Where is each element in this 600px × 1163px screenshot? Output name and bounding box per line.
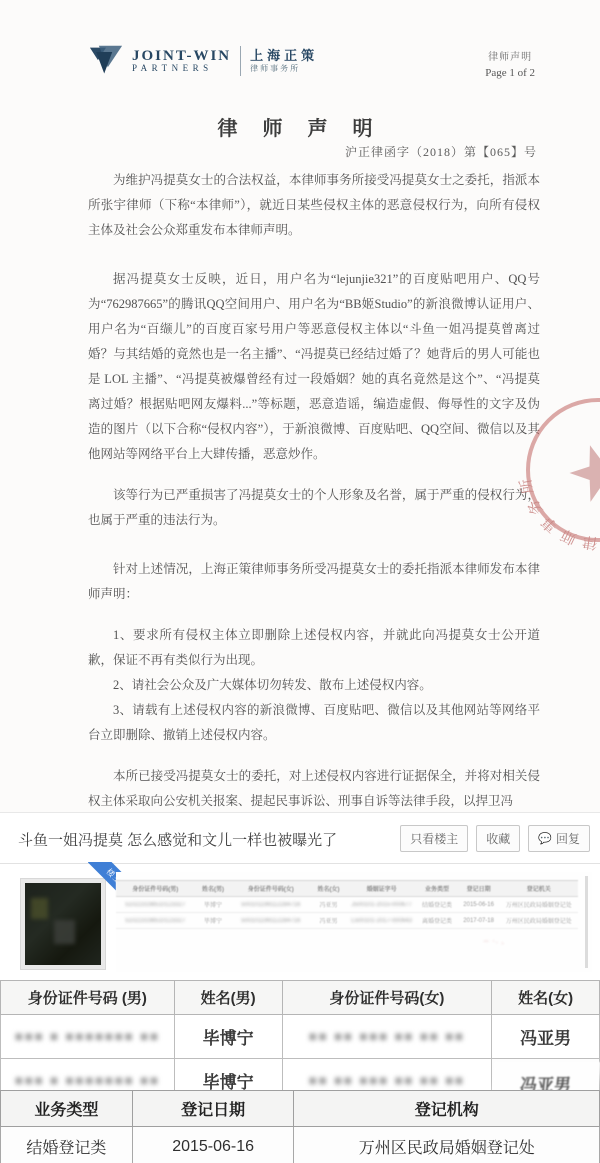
mini-col-type: 业务类型 bbox=[416, 881, 458, 897]
mini-record-row: 510223198510123327 毕博宁 50010119911228471… bbox=[116, 897, 578, 913]
forum-post-header: 斗鱼一姐冯提莫 怎么感觉和文儿一样也被曝光了 只看楼主 收藏 💬 回复 bbox=[0, 812, 600, 864]
svg-text:上海正策律师事务所: 上海正策律师事务所 bbox=[518, 448, 600, 553]
mini-col-date: 登记日期 bbox=[458, 881, 500, 897]
statement-item-2: 2、请社会公众及广大媒体切勿转发、散布上述侵权内容。 bbox=[88, 673, 540, 698]
paragraph-1: 为维护冯提莫女士的合法权益，本律师事务所接受冯提莫女士之委托，指派本所张宇律师（… bbox=[88, 168, 540, 243]
official-red-seal: 上海正策律师事务所 bbox=[518, 388, 600, 553]
blurred-id-male: ■■■ ■ ■■■■■■■ ■■ bbox=[15, 1028, 160, 1044]
mini-col-cert-no: 婚姻证字号 bbox=[347, 881, 416, 897]
only-op-button[interactable]: 只看楼主 bbox=[400, 825, 468, 852]
joint-win-logo-icon bbox=[88, 44, 124, 78]
mini-col-id-male: 身份证件号码(男) bbox=[116, 881, 195, 897]
mini-col-id-female: 身份证件号码(女) bbox=[231, 881, 310, 897]
paragraph-2: 据冯提莫女士反映，近日，用户名为“lejunjie321”的百度贴吧用户、QQ号… bbox=[88, 267, 540, 467]
faint-watermark: ~ ·. ¸ bbox=[483, 927, 556, 962]
mini-scrollbar[interactable] bbox=[585, 876, 588, 968]
reg-org-value: 万州区民政局婚姻登记处 bbox=[294, 1127, 600, 1163]
firm-name-cn: 上海正策 律师事务所 bbox=[250, 48, 318, 74]
firm-logo: JOINT-WIN PARTNERS 上海正策 律师事务所 bbox=[88, 44, 318, 78]
favorite-button[interactable]: 收藏 bbox=[476, 825, 520, 852]
paragraph-5: 本所已接受冯提莫女士的委托，对上述侵权内容进行证据保全，并将对相关侵权主体采取向… bbox=[88, 764, 540, 814]
col-id-female: 身份证件号码(女) bbox=[282, 981, 492, 1015]
embedded-record-screenshot[interactable]: 身份证件号码(男) 姓名(男) 身份证件号码(女) 姓名(女) 婚姻证字号 业务… bbox=[116, 872, 592, 972]
col-id-male: 身份证件号码 (男) bbox=[1, 981, 175, 1015]
statement-item-3: 3、请载有上述侵权内容的新浪微博、百度贴吧、微信以及其他网站等网络平台立即删除、… bbox=[88, 698, 540, 748]
marriage-persons-table: 身份证件号码 (男) 姓名(男) 身份证件号码(女) 姓名(女) ■■■ ■ ■… bbox=[0, 980, 600, 1103]
reply-button[interactable]: 💬 回复 bbox=[528, 825, 590, 852]
favorite-label: 收藏 bbox=[486, 830, 510, 847]
table-row: ■■■ ■ ■■■■■■■ ■■ 毕博宁 ■■ ■■ ■■■ ■■ ■■ ■■ … bbox=[1, 1015, 600, 1059]
male-name: 毕博宁 bbox=[174, 1015, 282, 1059]
reg-date-value: 2015-06-16 bbox=[132, 1127, 294, 1163]
col-reg-date: 登记日期 bbox=[132, 1091, 294, 1127]
blurred-id-female: ■■ ■■ ■■■ ■■ ■■ ■■ bbox=[309, 1028, 465, 1044]
firm-name-en: JOINT-WIN PARTNERS bbox=[132, 48, 231, 74]
reply-bubble-icon: 💬 bbox=[538, 832, 552, 845]
blurred-id-male: ■■■ ■ ■■■■■■■ ■■ bbox=[15, 1072, 160, 1088]
mini-record-table: 身份证件号码(男) 姓名(男) 身份证件号码(女) 姓名(女) 婚姻证字号 业务… bbox=[116, 880, 578, 929]
document-corner-label: 律师声明 Page 1 of 2 bbox=[485, 48, 535, 79]
col-business-type: 业务类型 bbox=[1, 1091, 133, 1127]
registration-info-table: 业务类型 登记日期 登记机构 结婚登记类 2015-06-16 万州区民政局婚姻… bbox=[0, 1090, 600, 1163]
col-reg-org: 登记机构 bbox=[294, 1091, 600, 1127]
col-name-female: 姓名(女) bbox=[492, 981, 600, 1015]
logo-divider bbox=[240, 46, 241, 76]
blurred-id-female: ■■ ■■ ■■■ ■■ ■■ ■■ bbox=[309, 1072, 465, 1088]
lawyer-statement-document: JOINT-WIN PARTNERS 上海正策 律师事务所 律师声明 Page … bbox=[0, 0, 600, 812]
document-ref-number: 沪正律函字（2018）第【065】号 bbox=[345, 143, 537, 160]
reply-label: 回复 bbox=[556, 830, 580, 847]
paragraph-3: 该等行为已严重损害了冯提莫女士的个人形象及名誉，属于严重的侵权行为，也属于严重的… bbox=[88, 483, 540, 533]
mini-record-row: 510223198510123327 毕博宁 50010119911228471… bbox=[116, 913, 578, 929]
post-content-row: 楼主 身份证件号码(男) 姓名(男) 身份证件号码(女) 姓名(女) 婚姻证字号… bbox=[0, 866, 600, 978]
post-title: 斗鱼一姐冯提莫 怎么感觉和文儿一样也被曝光了 bbox=[18, 829, 337, 850]
page: JOINT-WIN PARTNERS 上海正策 律师事务所 律师声明 Page … bbox=[0, 0, 600, 1163]
business-type-value: 结婚登记类 bbox=[1, 1127, 133, 1163]
mini-col-name-male: 姓名(男) bbox=[195, 881, 232, 897]
document-body: 为维护冯提莫女士的合法权益，本律师事务所接受冯提莫女士之委托，指派本所张宇律师（… bbox=[88, 168, 540, 814]
document-title: 律 师 声 明 bbox=[0, 112, 600, 141]
female-name: 冯亚男 bbox=[492, 1015, 600, 1059]
mini-col-org: 登记机关 bbox=[499, 881, 578, 897]
only-op-label: 只看楼主 bbox=[410, 830, 458, 847]
statement-item-1: 1、要求所有侵权主体立即删除上述侵权内容，并就此向冯提莫女士公开道歉，保证不再有… bbox=[88, 623, 540, 673]
paragraph-4: 针对上述情况，上海正策律师事务所受冯提莫女士的委托指派本律师发布本律师声明： bbox=[88, 557, 540, 607]
col-name-male: 姓名(男) bbox=[174, 981, 282, 1015]
table-row: 结婚登记类 2015-06-16 万州区民政局婚姻登记处 bbox=[1, 1127, 600, 1163]
mini-col-name-female: 姓名(女) bbox=[310, 881, 347, 897]
